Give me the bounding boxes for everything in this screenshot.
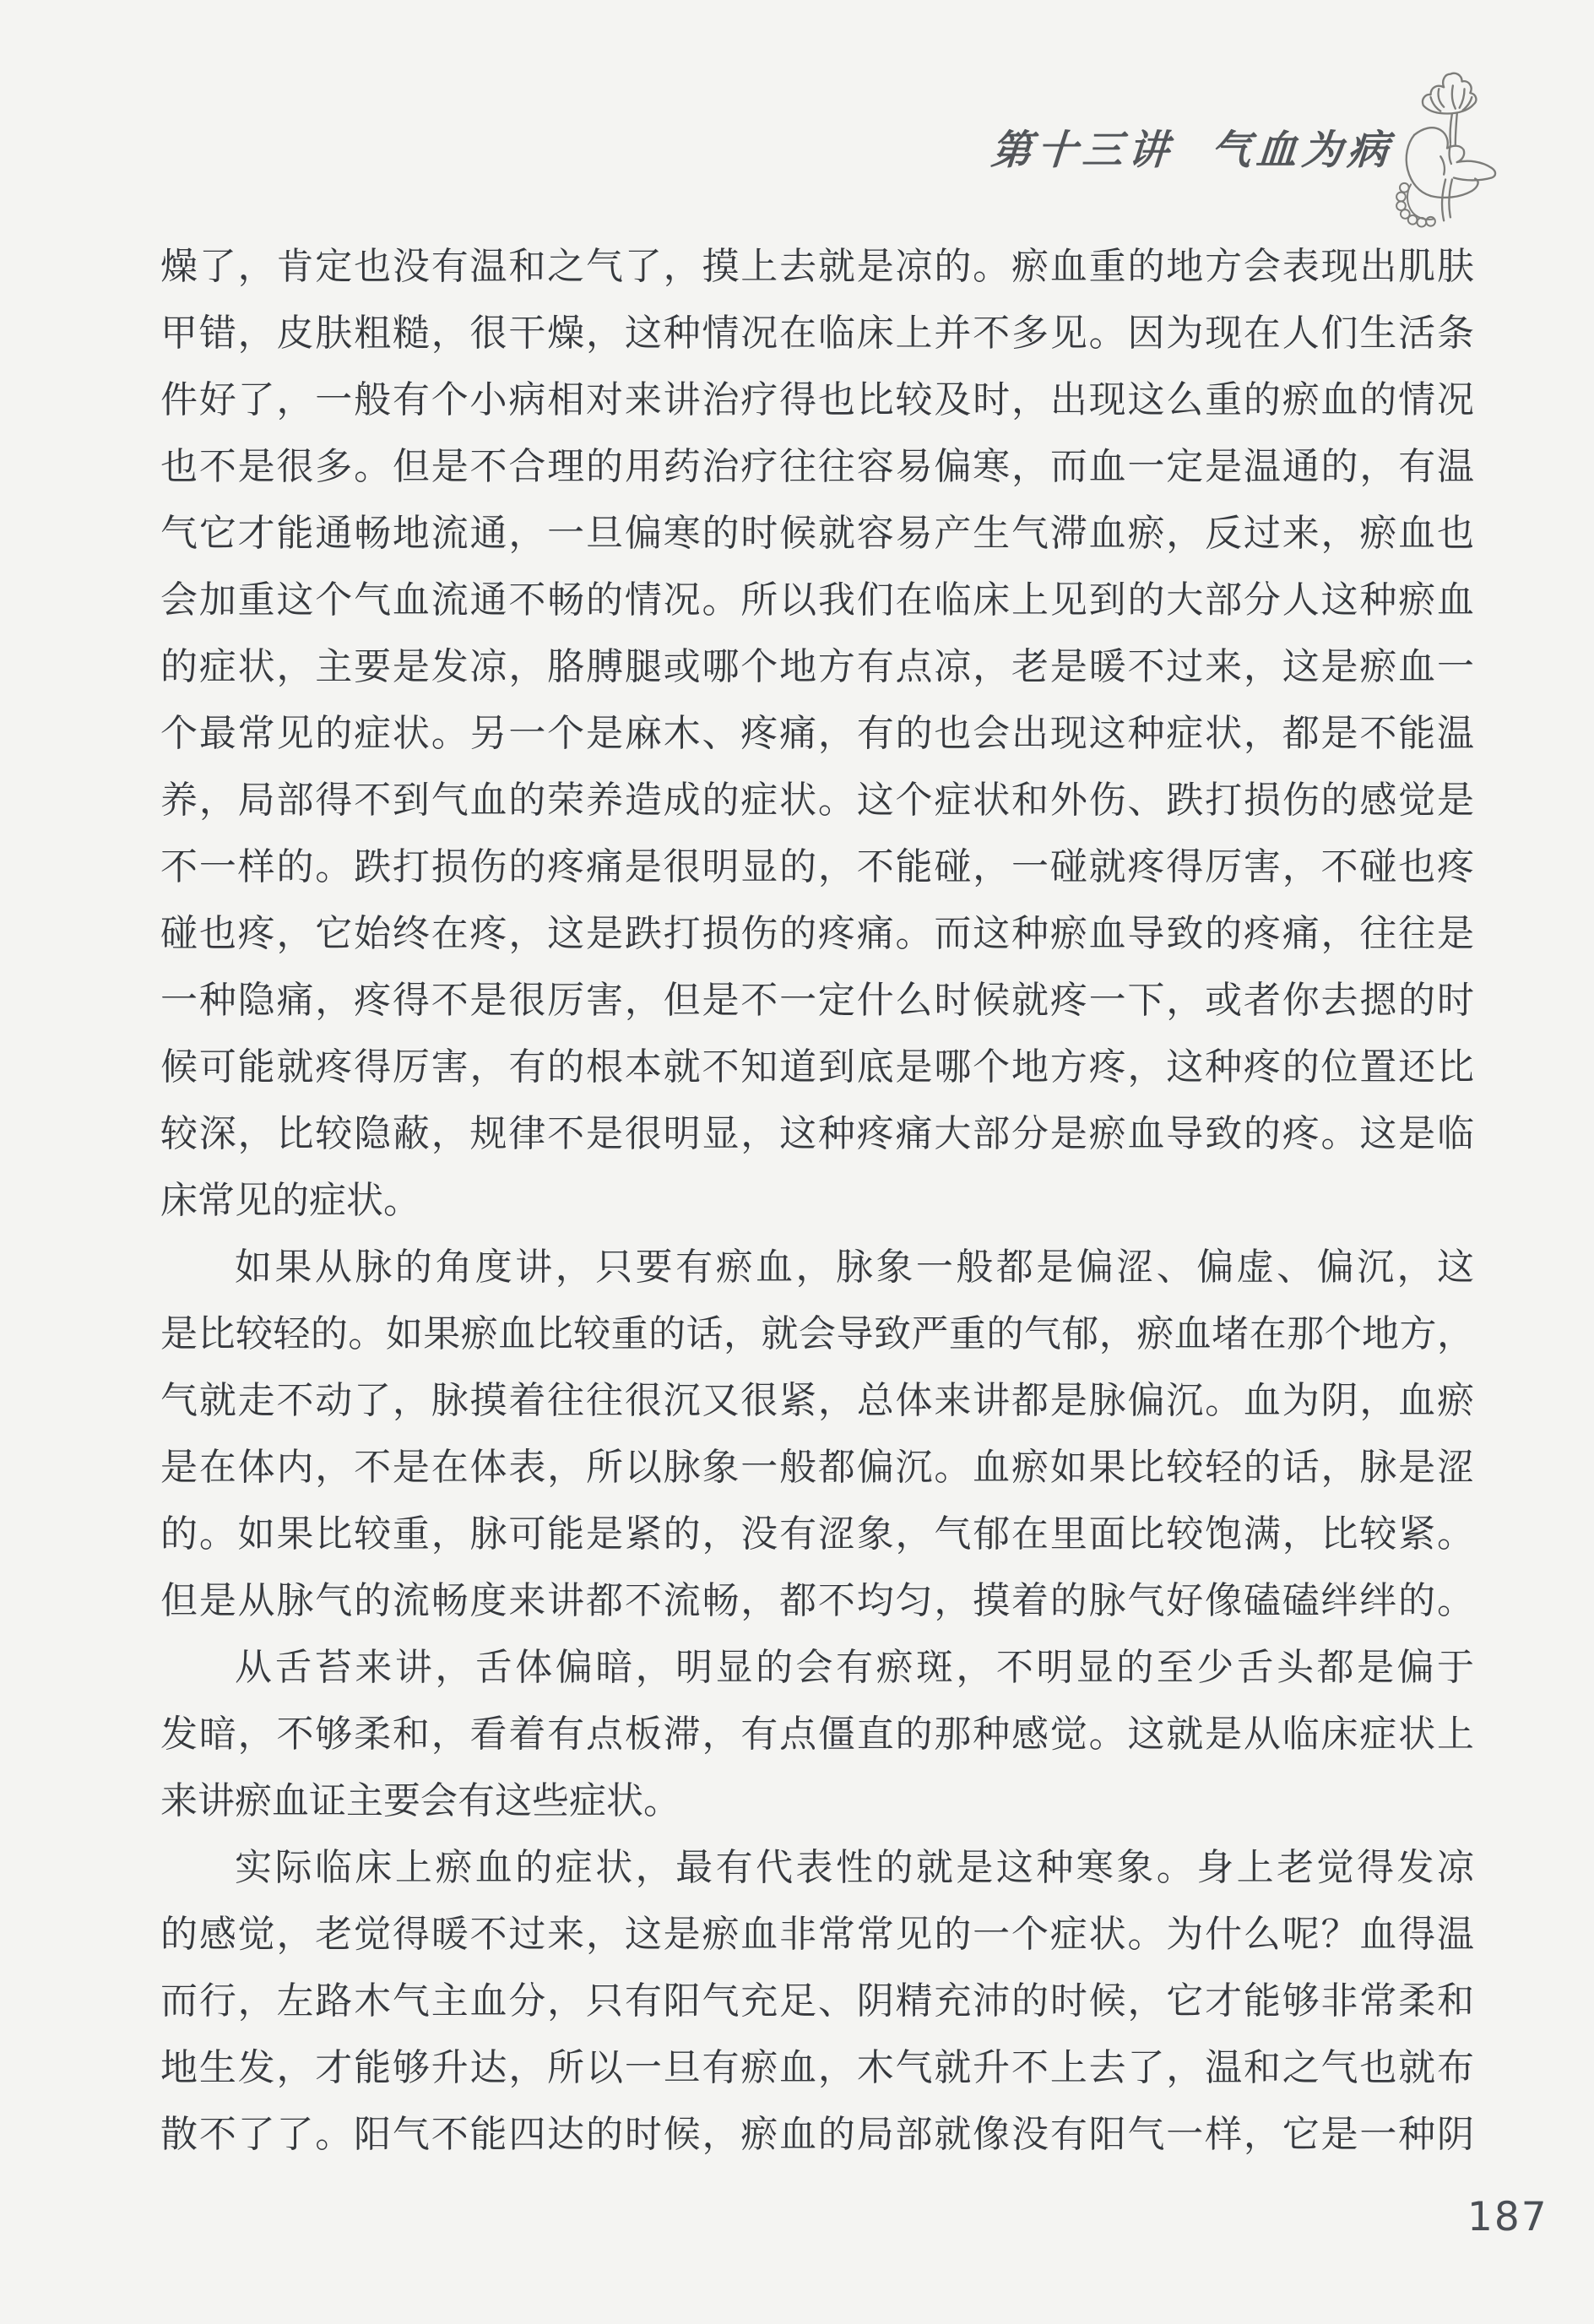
text-line: 气它才能通畅地流通，一旦偏寒的时候就容易产生气滞血瘀，反过来，瘀血也: [160, 500, 1474, 567]
text-line: 地生发，才能够升达，所以一旦有瘀血，木气就升不上去了，温和之气也就布: [160, 2034, 1474, 2101]
text-line: 燥了，肯定也没有温和之气了，摸上去就是凉的。瘀血重的地方会表现出肌肤: [160, 233, 1474, 300]
book-page: 第十三讲气血为病: [0, 0, 1594, 2324]
text-line: 甲错，皮肤粗糙，很干燥，这种情况在临床上并不多见。因为现在人们生活条: [160, 300, 1474, 367]
text-line: 但是从脉气的流畅度来讲都不流畅，都不均匀，摸着的脉气好像磕磕绊绊的。: [160, 1567, 1474, 1634]
text-line: 如果从脉的角度讲，只要有瘀血，脉象一般都是偏涩、偏虚、偏沉，这: [160, 1234, 1474, 1300]
text-line: 件好了，一般有个小病相对来讲治疗得也比较及时，出现这么重的瘀血的情况: [160, 367, 1474, 433]
text-line: 从舌苔来讲，舌体偏暗，明显的会有瘀斑，不明显的至少舌头都是偏于: [160, 1634, 1474, 1701]
body-text: 燥了，肯定也没有温和之气了，摸上去就是凉的。瘀血重的地方会表现出肌肤甲错，皮肤粗…: [160, 233, 1474, 2168]
chapter-name: 气血为病: [1209, 127, 1395, 174]
text-line: 而行，左路木气主血分，只有阳气充足、阴精充沛的时候，它才能够非常柔和: [160, 1968, 1474, 2034]
text-line: 气就走不动了，脉摸着往往很沉又很紧，总体来讲都是脉偏沉。血为阴，血瘀: [160, 1367, 1474, 1434]
text-line: 个最常见的症状。另一个是麻木、疼痛，有的也会出现这种症状，都是不能温: [160, 700, 1474, 767]
text-line: 较深，比较隐蔽，规律不是很明显，这种疼痛大部分是瘀血导致的疼。这是临: [160, 1100, 1474, 1167]
bracelet-icon: [1396, 183, 1435, 227]
text-line: 是在体内，不是在体表，所以脉象一般都偏沉。血瘀如果比较轻的话，脉是涩: [160, 1434, 1474, 1501]
text-line: 碰也疼，它始终在疼，这是跌打损伤的疼痛。而这种瘀血导致的疼痛，往往是: [160, 900, 1474, 967]
chapter-title: 第十三讲气血为病: [632, 127, 1395, 176]
lotus-flower-icon: [1423, 73, 1476, 114]
text-line: 的感觉，老觉得暖不过来，这是瘀血非常常见的一个症状。为什么呢？血得温: [160, 1901, 1474, 1968]
text-line: 也不是很多。但是不合理的用药治疗往往容易偏寒，而血一定是温通的，有温: [160, 433, 1474, 500]
text-line: 散不了了。阳气不能四达的时候，瘀血的局部就像没有阳气一样，它是一种阴: [160, 2101, 1474, 2168]
lotus-hand-illustration: [1381, 64, 1516, 229]
text-line: 发暗，不够柔和，看着有点板滞，有点僵直的那种感觉。这就是从临床症状上: [160, 1701, 1474, 1767]
text-line: 的。如果比较重，脉可能是紧的，没有涩象，气郁在里面比较饱满，比较紧。: [160, 1501, 1474, 1567]
text-line: 的症状，主要是发凉，胳膊腿或哪个地方有点凉，老是暖不过来，这是瘀血一: [160, 633, 1474, 700]
stem-tendril: [1442, 180, 1452, 221]
text-line: 不一样的。跌打损伤的疼痛是很明显的，不能碰，一碰就疼得厉害，不碰也疼: [160, 833, 1474, 900]
text-line: 一种隐痛，疼得不是很厉害，但是不一定什么时候就疼一下，或者你去摁的时: [160, 967, 1474, 1034]
page-number: 187: [1467, 2194, 1548, 2240]
chapter-number: 第十三讲: [989, 127, 1175, 174]
text-line: 实际临床上瘀血的症状，最有代表性的就是这种寒象。身上老觉得发凉: [160, 1834, 1474, 1901]
lotus-stem: [1450, 114, 1457, 145]
text-line: 是比较轻的。如果瘀血比较重的话，就会导致严重的气郁，瘀血堵在那个地方，: [160, 1300, 1474, 1367]
text-line: 会加重这个气血流通不畅的情况。所以我们在临床上见到的大部分人这种瘀血: [160, 567, 1474, 633]
text-line: 来讲瘀血证主要会有这些症状。: [160, 1767, 1474, 1834]
text-line: 候可能就疼得厉害，有的根本就不知道到底是哪个地方疼，这种疼的位置还比: [160, 1034, 1474, 1100]
text-line: 床常见的症状。: [160, 1167, 1474, 1234]
text-line: 养，局部得不到气血的荣养造成的症状。这个症状和外伤、跌打损伤的感觉是: [160, 767, 1474, 833]
